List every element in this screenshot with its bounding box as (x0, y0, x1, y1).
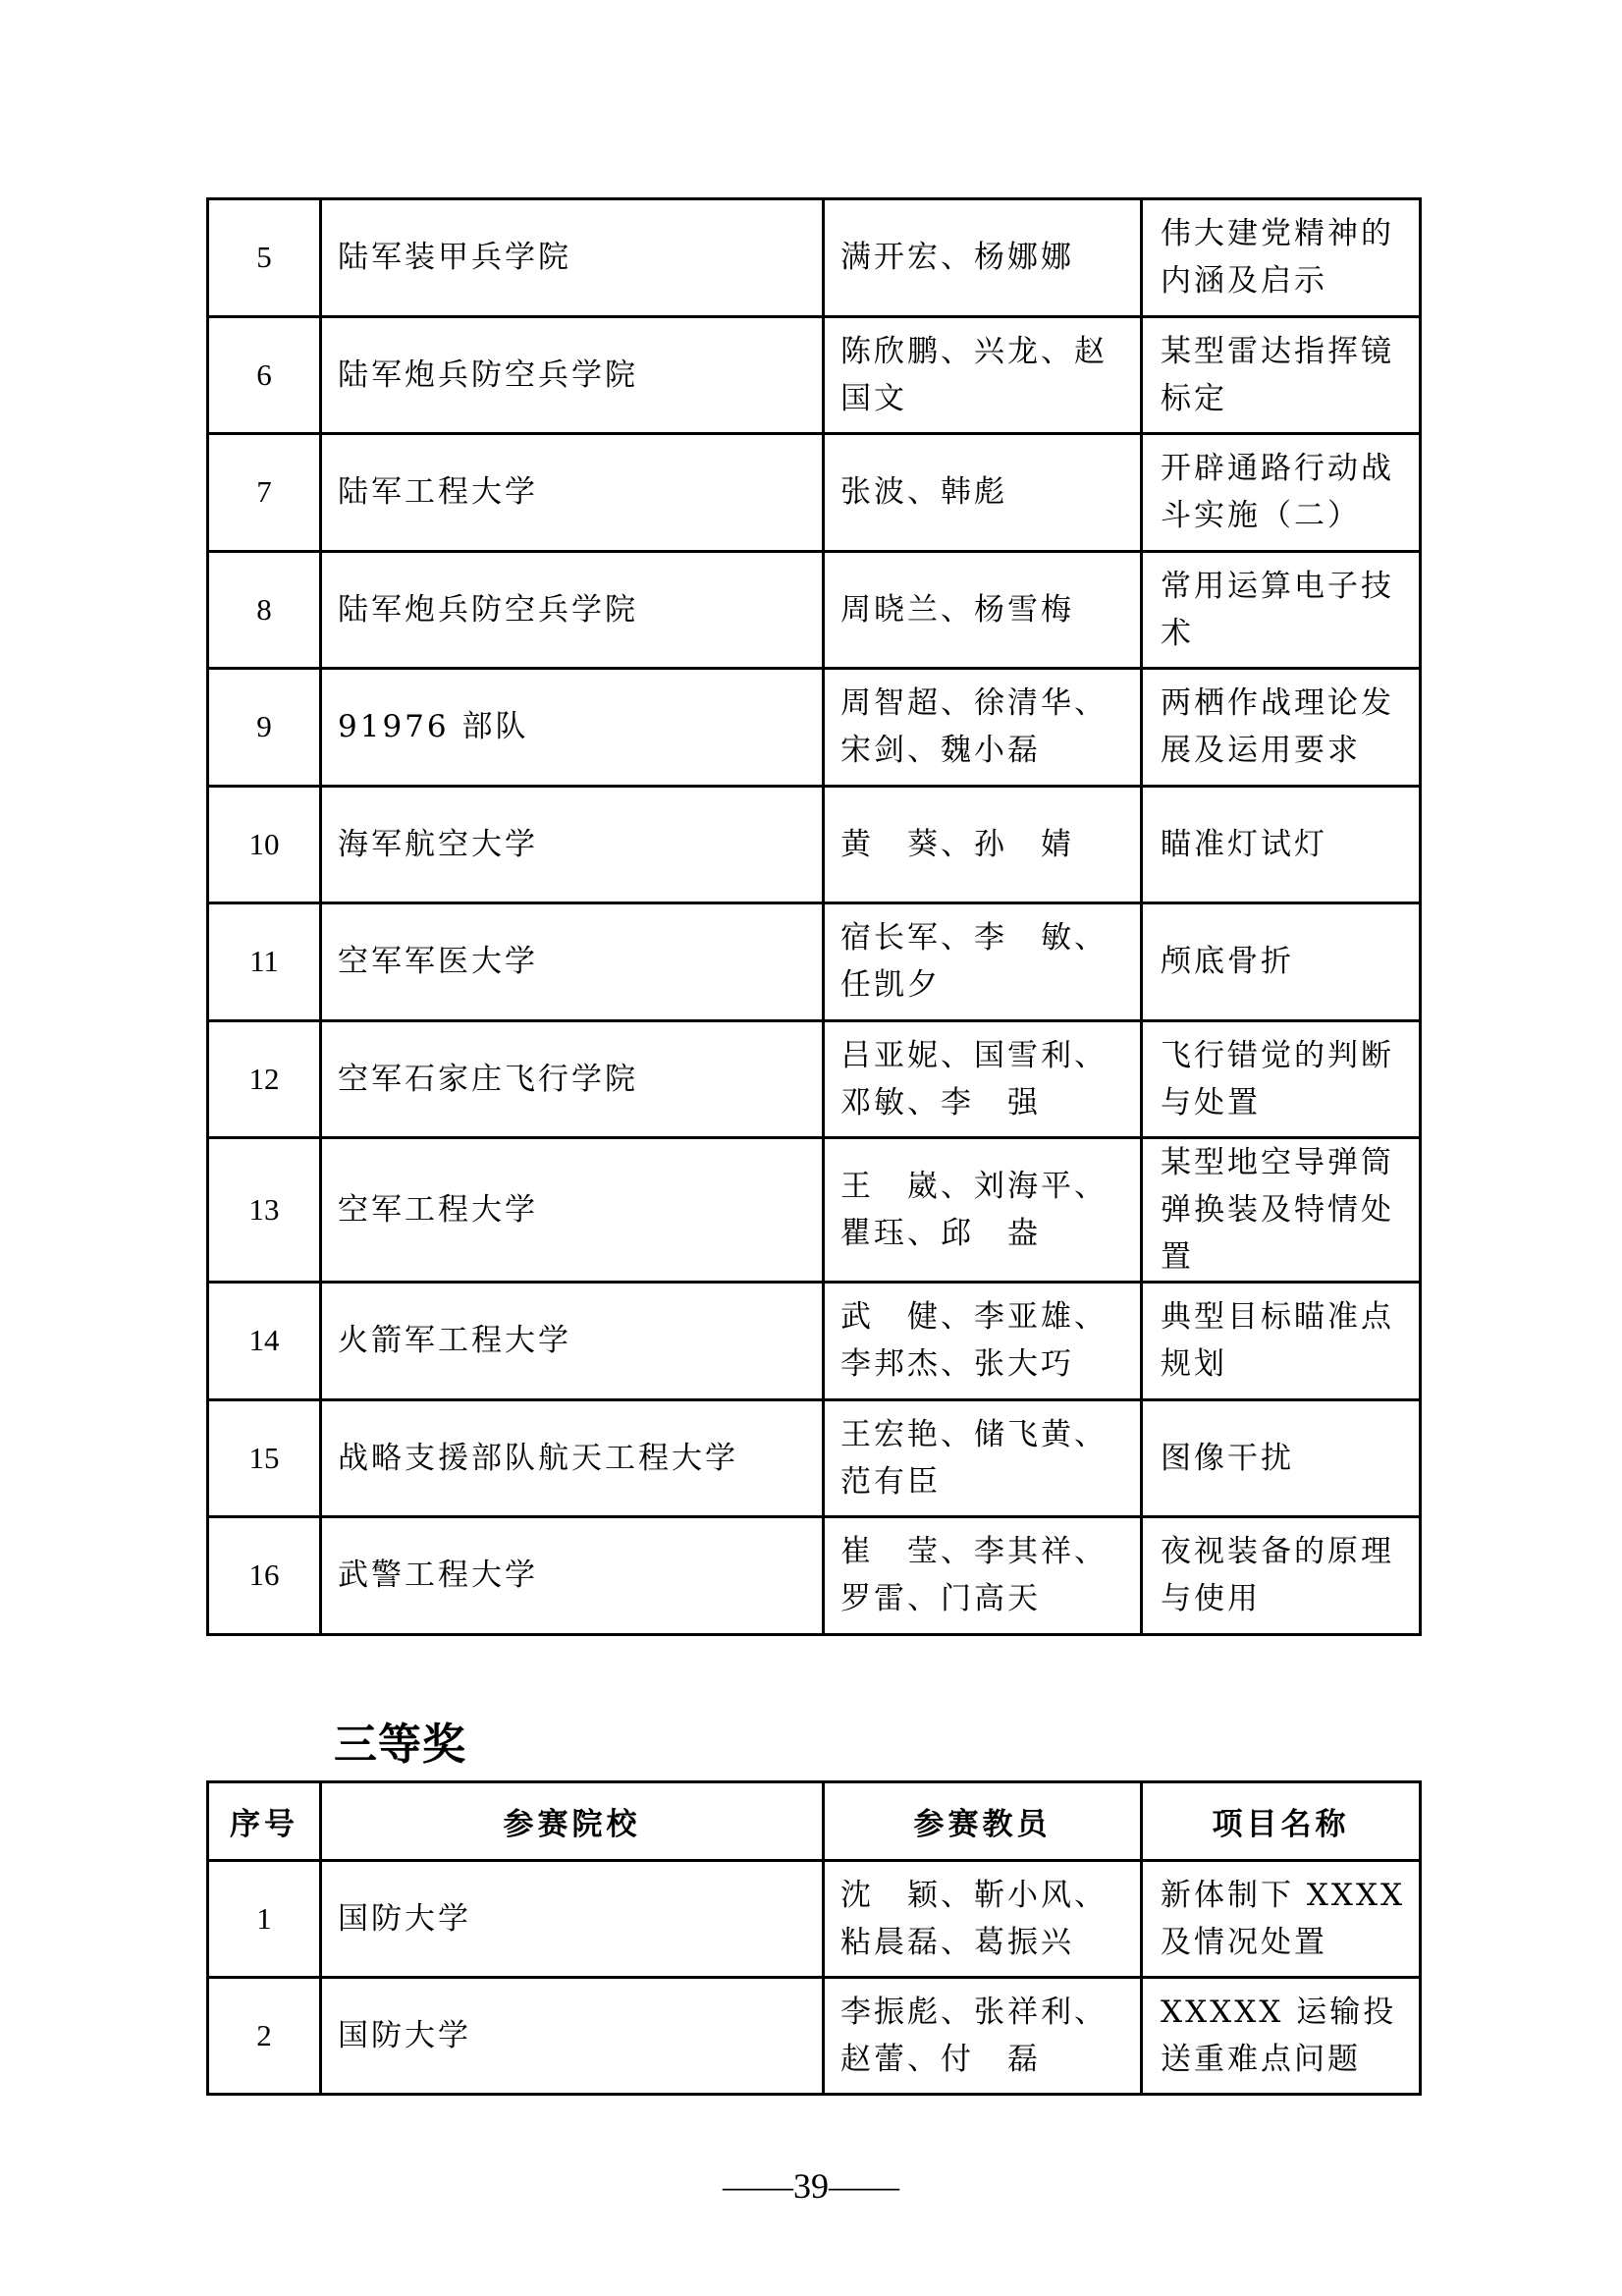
table-row: 10海军航空大学黄 葵、孙 婧瞄准灯试灯 (208, 786, 1421, 903)
school-cell: 国防大学 (321, 1978, 824, 2095)
row-number: 12 (208, 1020, 321, 1138)
table-row: 11空军军医大学宿长军、李 敏、任凯夕颅底骨折 (208, 903, 1421, 1021)
table-header-row: 序号 参赛院校 参赛教员 项目名称 (208, 1782, 1421, 1861)
project-cell: 飞行错觉的判断与处置 (1142, 1020, 1421, 1138)
teachers-cell: 王 崴、刘海平、瞿珏、邱 盎 (824, 1138, 1142, 1283)
project-cell: 常用运算电子技术 (1142, 551, 1421, 669)
teachers-cell: 王宏艳、储飞黄、范有臣 (824, 1399, 1142, 1517)
school-cell: 91976 部队 (321, 669, 824, 787)
teachers-cell: 张波、韩彪 (824, 434, 1142, 552)
project-cell: 伟大建党精神的内涵及启示 (1142, 199, 1421, 317)
table-row: 15战略支援部队航天工程大学王宏艳、储飞黄、范有臣图像干扰 (208, 1399, 1421, 1517)
teachers-cell: 满开宏、杨娜娜 (824, 199, 1142, 317)
project-cell: XXXXX 运输投送重难点问题 (1142, 1978, 1421, 2095)
row-number: 14 (208, 1283, 321, 1400)
table-row: 991976 部队周智超、徐清华、宋剑、魏小磊两栖作战理论发展及运用要求 (208, 669, 1421, 787)
table-row: 12空军石家庄飞行学院吕亚妮、国雪利、邓敏、李 强飞行错觉的判断与处置 (208, 1020, 1421, 1138)
school-cell: 火箭军工程大学 (321, 1283, 824, 1400)
page-number: ——39—— (0, 2165, 1622, 2207)
row-number: 9 (208, 669, 321, 787)
project-cell: 颅底骨折 (1142, 903, 1421, 1021)
teachers-cell: 周智超、徐清华、宋剑、魏小磊 (824, 669, 1142, 787)
row-number: 6 (208, 316, 321, 434)
project-cell: 瞄准灯试灯 (1142, 786, 1421, 903)
header-teachers: 参赛教员 (824, 1782, 1142, 1861)
school-cell: 陆军工程大学 (321, 434, 824, 552)
row-number: 11 (208, 903, 321, 1021)
table-row: 7陆军工程大学张波、韩彪开辟通路行动战斗实施（二） (208, 434, 1421, 552)
teachers-cell: 沈 颖、靳小风、粘晨磊、葛振兴 (824, 1861, 1142, 1978)
school-cell: 武警工程大学 (321, 1517, 824, 1635)
teachers-cell: 黄 葵、孙 婧 (824, 786, 1142, 903)
row-number: 7 (208, 434, 321, 552)
table-row: 14火箭军工程大学武 健、李亚雄、李邦杰、张大巧典型目标瞄准点规划 (208, 1283, 1421, 1400)
row-number: 15 (208, 1399, 321, 1517)
project-cell: 新体制下 XXXX 及情况处置 (1142, 1861, 1421, 1978)
table-row: 16武警工程大学崔 莹、李其祥、罗雷、门高天夜视装备的原理与使用 (208, 1517, 1421, 1635)
section-heading-third-prize: 三等奖 (334, 1709, 466, 1772)
row-number: 13 (208, 1138, 321, 1283)
school-cell: 战略支援部队航天工程大学 (321, 1399, 824, 1517)
third-prize-table: 序号 参赛院校 参赛教员 项目名称 1国防大学沈 颖、靳小风、粘晨磊、葛振兴新体… (206, 1780, 1422, 2096)
header-number: 序号 (208, 1782, 321, 1861)
second-prize-table-continued: 5陆军装甲兵学院满开宏、杨娜娜伟大建党精神的内涵及启示 6陆军炮兵防空兵学院陈欣… (206, 197, 1422, 1636)
table-row: 13空军工程大学王 崴、刘海平、瞿珏、邱 盎某型地空导弹筒弹换装及特情处置 (208, 1138, 1421, 1283)
teachers-cell: 陈欣鹏、兴龙、赵国文 (824, 316, 1142, 434)
table-row: 6陆军炮兵防空兵学院陈欣鹏、兴龙、赵国文某型雷达指挥镜标定 (208, 316, 1421, 434)
school-cell: 空军工程大学 (321, 1138, 824, 1283)
row-number: 10 (208, 786, 321, 903)
project-cell: 某型雷达指挥镜标定 (1142, 316, 1421, 434)
project-cell: 某型地空导弹筒弹换装及特情处置 (1142, 1138, 1421, 1283)
project-cell: 夜视装备的原理与使用 (1142, 1517, 1421, 1635)
table-row: 1国防大学沈 颖、靳小风、粘晨磊、葛振兴新体制下 XXXX 及情况处置 (208, 1861, 1421, 1978)
school-cell: 陆军炮兵防空兵学院 (321, 551, 824, 669)
school-cell: 空军军医大学 (321, 903, 824, 1021)
row-number: 16 (208, 1517, 321, 1635)
teachers-cell: 崔 莹、李其祥、罗雷、门高天 (824, 1517, 1142, 1635)
row-number: 2 (208, 1978, 321, 2095)
row-number: 8 (208, 551, 321, 669)
teachers-cell: 武 健、李亚雄、李邦杰、张大巧 (824, 1283, 1142, 1400)
school-cell: 陆军装甲兵学院 (321, 199, 824, 317)
teachers-cell: 吕亚妮、国雪利、邓敏、李 强 (824, 1020, 1142, 1138)
project-cell: 图像干扰 (1142, 1399, 1421, 1517)
project-cell: 开辟通路行动战斗实施（二） (1142, 434, 1421, 552)
school-cell: 空军石家庄飞行学院 (321, 1020, 824, 1138)
table-row: 8陆军炮兵防空兵学院周晓兰、杨雪梅常用运算电子技术 (208, 551, 1421, 669)
school-cell: 海军航空大学 (321, 786, 824, 903)
teachers-cell: 周晓兰、杨雪梅 (824, 551, 1142, 669)
row-number: 1 (208, 1861, 321, 1978)
teachers-cell: 宿长军、李 敏、任凯夕 (824, 903, 1142, 1021)
table-row: 2国防大学李振彪、张祥利、赵蕾、付 磊XXXXX 运输投送重难点问题 (208, 1978, 1421, 2095)
row-number: 5 (208, 199, 321, 317)
school-cell: 陆军炮兵防空兵学院 (321, 316, 824, 434)
project-cell: 两栖作战理论发展及运用要求 (1142, 669, 1421, 787)
project-cell: 典型目标瞄准点规划 (1142, 1283, 1421, 1400)
table-row: 5陆军装甲兵学院满开宏、杨娜娜伟大建党精神的内涵及启示 (208, 199, 1421, 317)
teachers-cell: 李振彪、张祥利、赵蕾、付 磊 (824, 1978, 1142, 2095)
header-school: 参赛院校 (321, 1782, 824, 1861)
school-cell: 国防大学 (321, 1861, 824, 1978)
header-project: 项目名称 (1142, 1782, 1421, 1861)
